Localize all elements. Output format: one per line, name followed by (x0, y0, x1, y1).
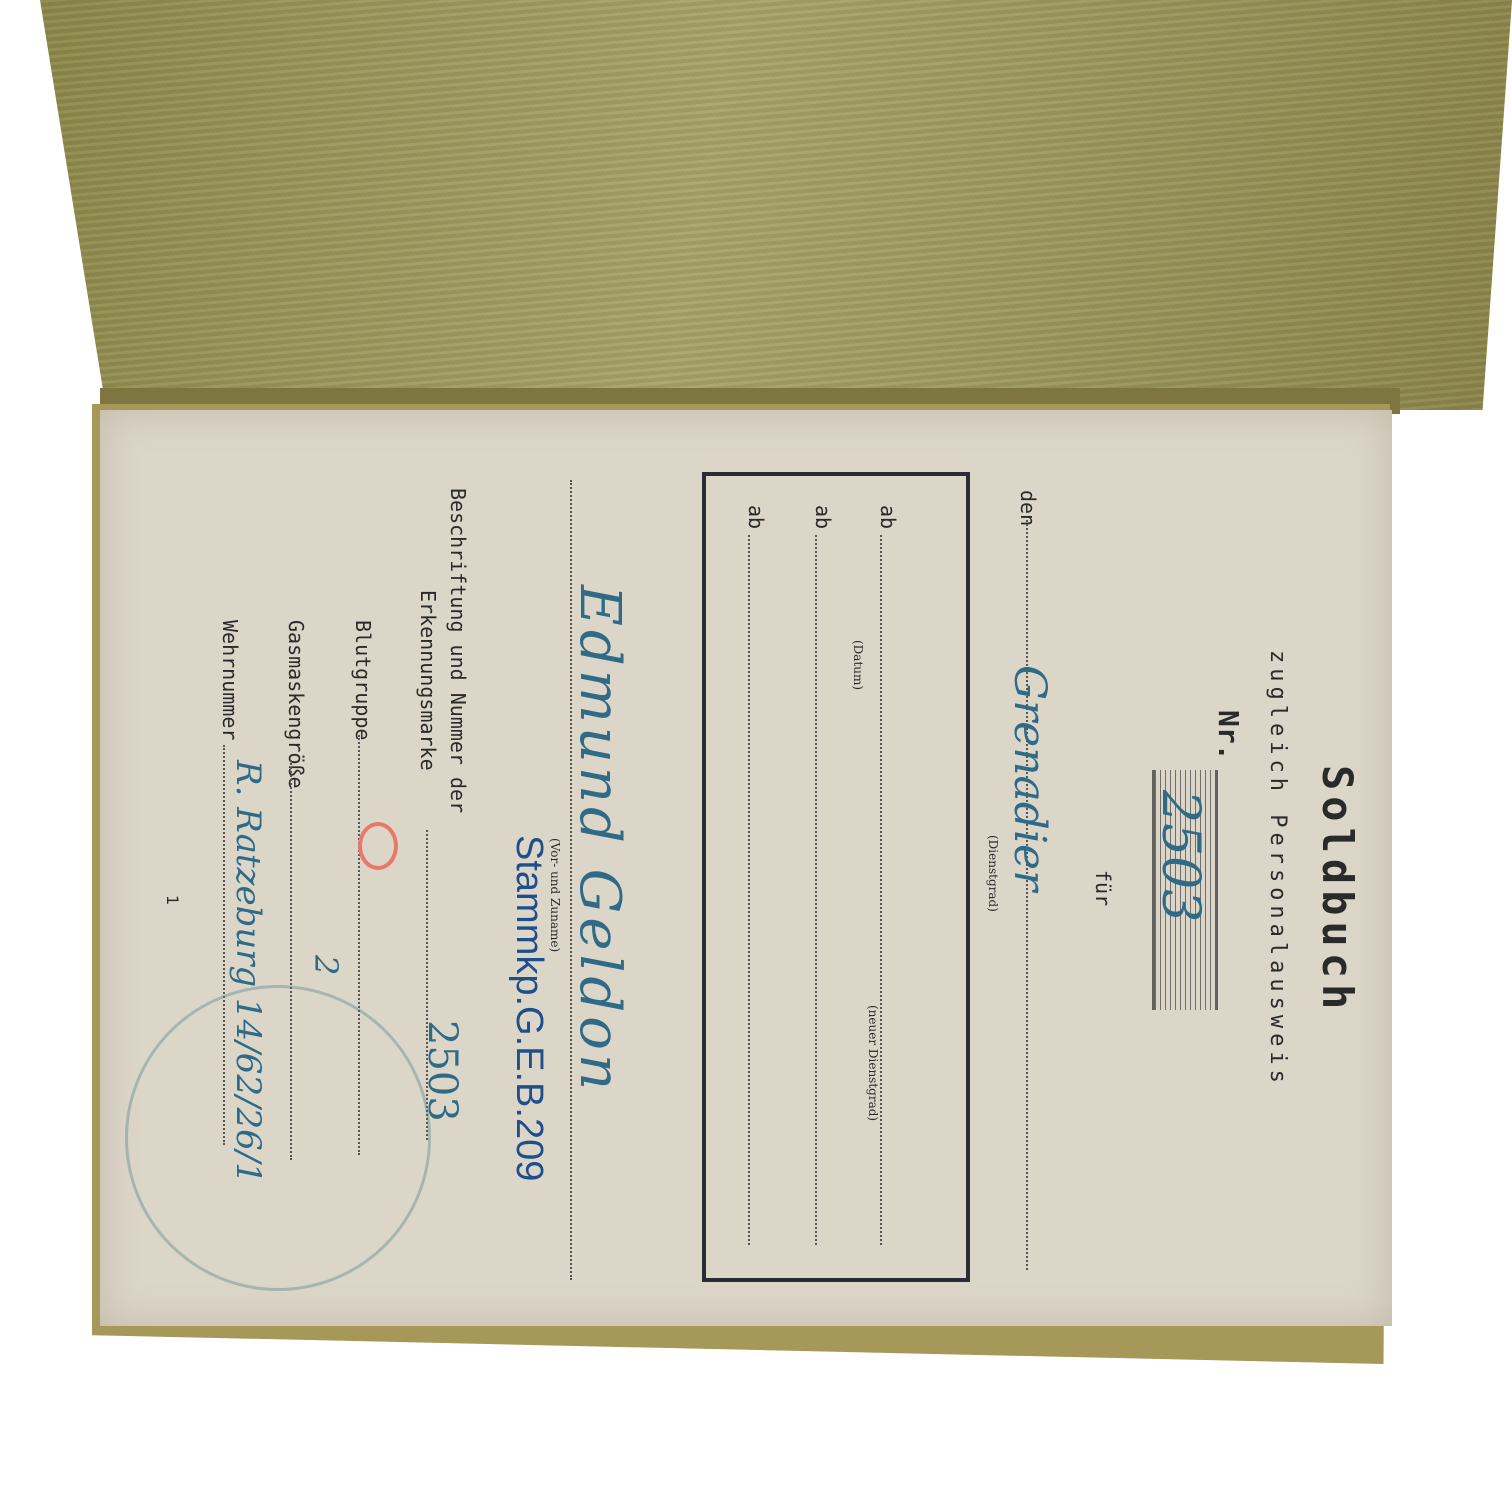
gasmask-value: 2 (307, 955, 345, 975)
document-subtitle: zugleich Personalausweis (1265, 650, 1290, 1088)
faded-round-stamp (125, 985, 431, 1291)
tag-label-2: Erkennungsmarke (416, 590, 440, 771)
unit-stamp: Stammkp.G.E.B.209 (507, 835, 550, 1181)
rank-value: Grenadier (1004, 665, 1055, 891)
nr-value: 2503 (1150, 790, 1210, 922)
promotion-ab-3: ab (744, 505, 768, 529)
page-number: 1 (163, 895, 182, 905)
promotion-line-3 (748, 535, 750, 1245)
promotion-line-1 (880, 535, 882, 1245)
book-cover-inside (40, 0, 1512, 410)
gasmask-label: Gasmaskengröße (284, 620, 308, 789)
den-label: den (1016, 490, 1040, 526)
promotion-line-2 (815, 535, 817, 1245)
rank-caption: (Dienstgrad) (986, 835, 1000, 912)
name-caption: (Vor- und Zuname) (548, 838, 562, 952)
blood-label: Blutgruppe (351, 620, 375, 740)
promotion-ab-2: ab (811, 505, 835, 529)
rank-line (1026, 520, 1028, 1270)
wehr-label: Wehrnummer (218, 620, 242, 740)
document-title: Soldbuch (1313, 765, 1362, 1015)
date-caption: (Datum) (851, 640, 865, 690)
promotions-box (702, 472, 970, 1282)
new-rank-caption: (neuer Dienstgrad) (866, 1005, 880, 1121)
tag-label: Beschriftung und Nummer der (446, 488, 470, 813)
name-value: Edmund Geldon (567, 585, 632, 1094)
promotion-ab-1: ab (876, 505, 900, 529)
fuer-label: für (1091, 870, 1115, 906)
blood-value-mark (358, 822, 398, 870)
nr-label: Nr. (1212, 710, 1245, 761)
